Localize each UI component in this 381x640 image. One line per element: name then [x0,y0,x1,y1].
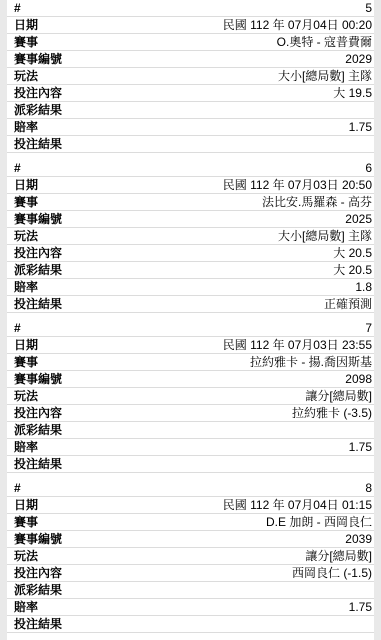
odds-value: 1.8 [46,279,372,295]
bet-content-value: 拉約雅卡 (-3.5) [70,405,372,421]
bet-content-value: 大 20.5 [70,245,372,261]
id-value: 7 [29,320,372,336]
record-event-no-row: 賽事編號 2029 [7,51,374,68]
play-value: 讓分[總局數] [46,388,372,404]
event-no-value: 2029 [70,51,372,67]
record-id-row: # 6 [7,160,374,177]
play-label: 玩法 [14,68,38,84]
event-value: O.奧特 - 寇普費爾 [46,34,372,50]
record-play-row: 玩法 大小[總局數] 主隊 [7,228,374,245]
payout-result-label: 派彩結果 [14,422,62,438]
date-label: 日期 [14,337,38,353]
bet-content-label: 投注內容 [14,565,62,581]
odds-label: 賠率 [14,119,38,135]
record-event-no-row: 賽事編號 2098 [7,371,374,388]
bet-content-value: 大 19.5 [70,85,372,101]
payout-result-label: 派彩結果 [14,102,62,118]
odds-label: 賠率 [14,439,38,455]
record-odds-row: 賠率 1.8 [7,279,374,296]
date-label: 日期 [14,497,38,513]
record-date-row: 日期 民國 112 年 07月04日 00:20 [7,17,374,34]
record-payout-result-row: 派彩結果 [7,422,374,439]
record-bet-content-row: 投注內容 大 20.5 [7,245,374,262]
play-value: 大小[總局數] 主隊 [46,228,372,244]
play-label: 玩法 [14,228,38,244]
record-block: # 6 日期 民國 112 年 07月03日 20:50 賽事 法比安.馬羅森 … [7,160,374,313]
record-odds-row: 賠率 1.75 [7,599,374,616]
bet-result-label: 投注結果 [14,456,62,472]
record-id-row: # 8 [7,480,374,497]
payout-result-value: 大 20.5 [70,262,372,278]
event-no-label: 賽事編號 [14,51,62,67]
record-block: # 5 日期 民國 112 年 07月04日 00:20 賽事 O.奧特 - 寇… [7,0,374,153]
record-odds-row: 賠率 1.75 [7,119,374,136]
record-payout-result-row: 派彩結果 [7,102,374,119]
record-bet-result-row: 投注結果 [7,136,374,153]
record-bet-result-row: 投注結果 正確預測 [7,296,374,313]
odds-value: 1.75 [46,599,372,615]
id-label: # [14,160,21,176]
id-value: 5 [29,0,372,16]
event-label: 賽事 [14,354,38,370]
play-value: 大小[總局數] 主隊 [46,68,372,84]
bet-content-label: 投注內容 [14,85,62,101]
record-date-row: 日期 民國 112 年 07月03日 20:50 [7,177,374,194]
bet-content-label: 投注內容 [14,245,62,261]
event-value: 拉約雅卡 - 揚.喬因斯基 [46,354,372,370]
payout-result-label: 派彩結果 [14,262,62,278]
event-value: D.E 加朗 - 西岡良仁 [46,514,372,530]
bet-result-value: 正確預測 [70,296,372,312]
event-no-label: 賽事編號 [14,531,62,547]
id-label: # [14,480,21,496]
record-date-row: 日期 民國 112 年 07月03日 23:55 [7,337,374,354]
record-odds-row: 賠率 1.75 [7,439,374,456]
event-no-value: 2039 [70,531,372,547]
record-id-row: # 7 [7,320,374,337]
record-bet-content-row: 投注內容 西岡良仁 (-1.5) [7,565,374,582]
record-play-row: 玩法 大小[總局數] 主隊 [7,68,374,85]
event-no-label: 賽事編號 [14,371,62,387]
record-play-row: 玩法 讓分[總局數] [7,388,374,405]
record-id-row: # 5 [7,0,374,17]
odds-label: 賠率 [14,279,38,295]
event-label: 賽事 [14,194,38,210]
date-value: 民國 112 年 07月04日 01:15 [46,497,372,513]
play-label: 玩法 [14,548,38,564]
record-event-no-row: 賽事編號 2039 [7,531,374,548]
event-label: 賽事 [14,514,38,530]
record-payout-result-row: 派彩結果 [7,582,374,599]
record-event-no-row: 賽事編號 2025 [7,211,374,228]
date-label: 日期 [14,177,38,193]
record-event-row: 賽事 法比安.馬羅森 - 高芬 [7,194,374,211]
record-event-row: 賽事 O.奧特 - 寇普費爾 [7,34,374,51]
payout-result-label: 派彩結果 [14,582,62,598]
date-value: 民國 112 年 07月03日 20:50 [46,177,372,193]
record-date-row: 日期 民國 112 年 07月04日 01:15 [7,497,374,514]
event-label: 賽事 [14,34,38,50]
record-bet-content-row: 投注內容 大 19.5 [7,85,374,102]
event-value: 法比安.馬羅森 - 高芬 [46,194,372,210]
odds-label: 賠率 [14,599,38,615]
record-bet-result-row: 投注結果 [7,616,374,633]
event-no-label: 賽事編號 [14,211,62,227]
event-no-value: 2098 [70,371,372,387]
bet-content-label: 投注內容 [14,405,62,421]
bet-history-list: # 5 日期 民國 112 年 07月04日 00:20 賽事 O.奧特 - 寇… [7,0,374,640]
id-label: # [14,0,21,16]
play-value: 讓分[總局數] [46,548,372,564]
id-value: 6 [29,160,372,176]
record-bet-content-row: 投注內容 拉約雅卡 (-3.5) [7,405,374,422]
odds-value: 1.75 [46,439,372,455]
record-event-row: 賽事 拉約雅卡 - 揚.喬因斯基 [7,354,374,371]
record-block: # 7 日期 民國 112 年 07月03日 23:55 賽事 拉約雅卡 - 揚… [7,320,374,473]
record-payout-result-row: 派彩結果 大 20.5 [7,262,374,279]
date-value: 民國 112 年 07月04日 00:20 [46,17,372,33]
play-label: 玩法 [14,388,38,404]
id-value: 8 [29,480,372,496]
id-label: # [14,320,21,336]
bet-result-label: 投注結果 [14,616,62,632]
record-event-row: 賽事 D.E 加朗 - 西岡良仁 [7,514,374,531]
bet-content-value: 西岡良仁 (-1.5) [70,565,372,581]
date-label: 日期 [14,17,38,33]
bet-result-label: 投注結果 [14,136,62,152]
date-value: 民國 112 年 07月03日 23:55 [46,337,372,353]
record-bet-result-row: 投注結果 [7,456,374,473]
odds-value: 1.75 [46,119,372,135]
bet-result-label: 投注結果 [14,296,62,312]
record-block: # 8 日期 民國 112 年 07月04日 01:15 賽事 D.E 加朗 -… [7,480,374,633]
event-no-value: 2025 [70,211,372,227]
record-play-row: 玩法 讓分[總局數] [7,548,374,565]
